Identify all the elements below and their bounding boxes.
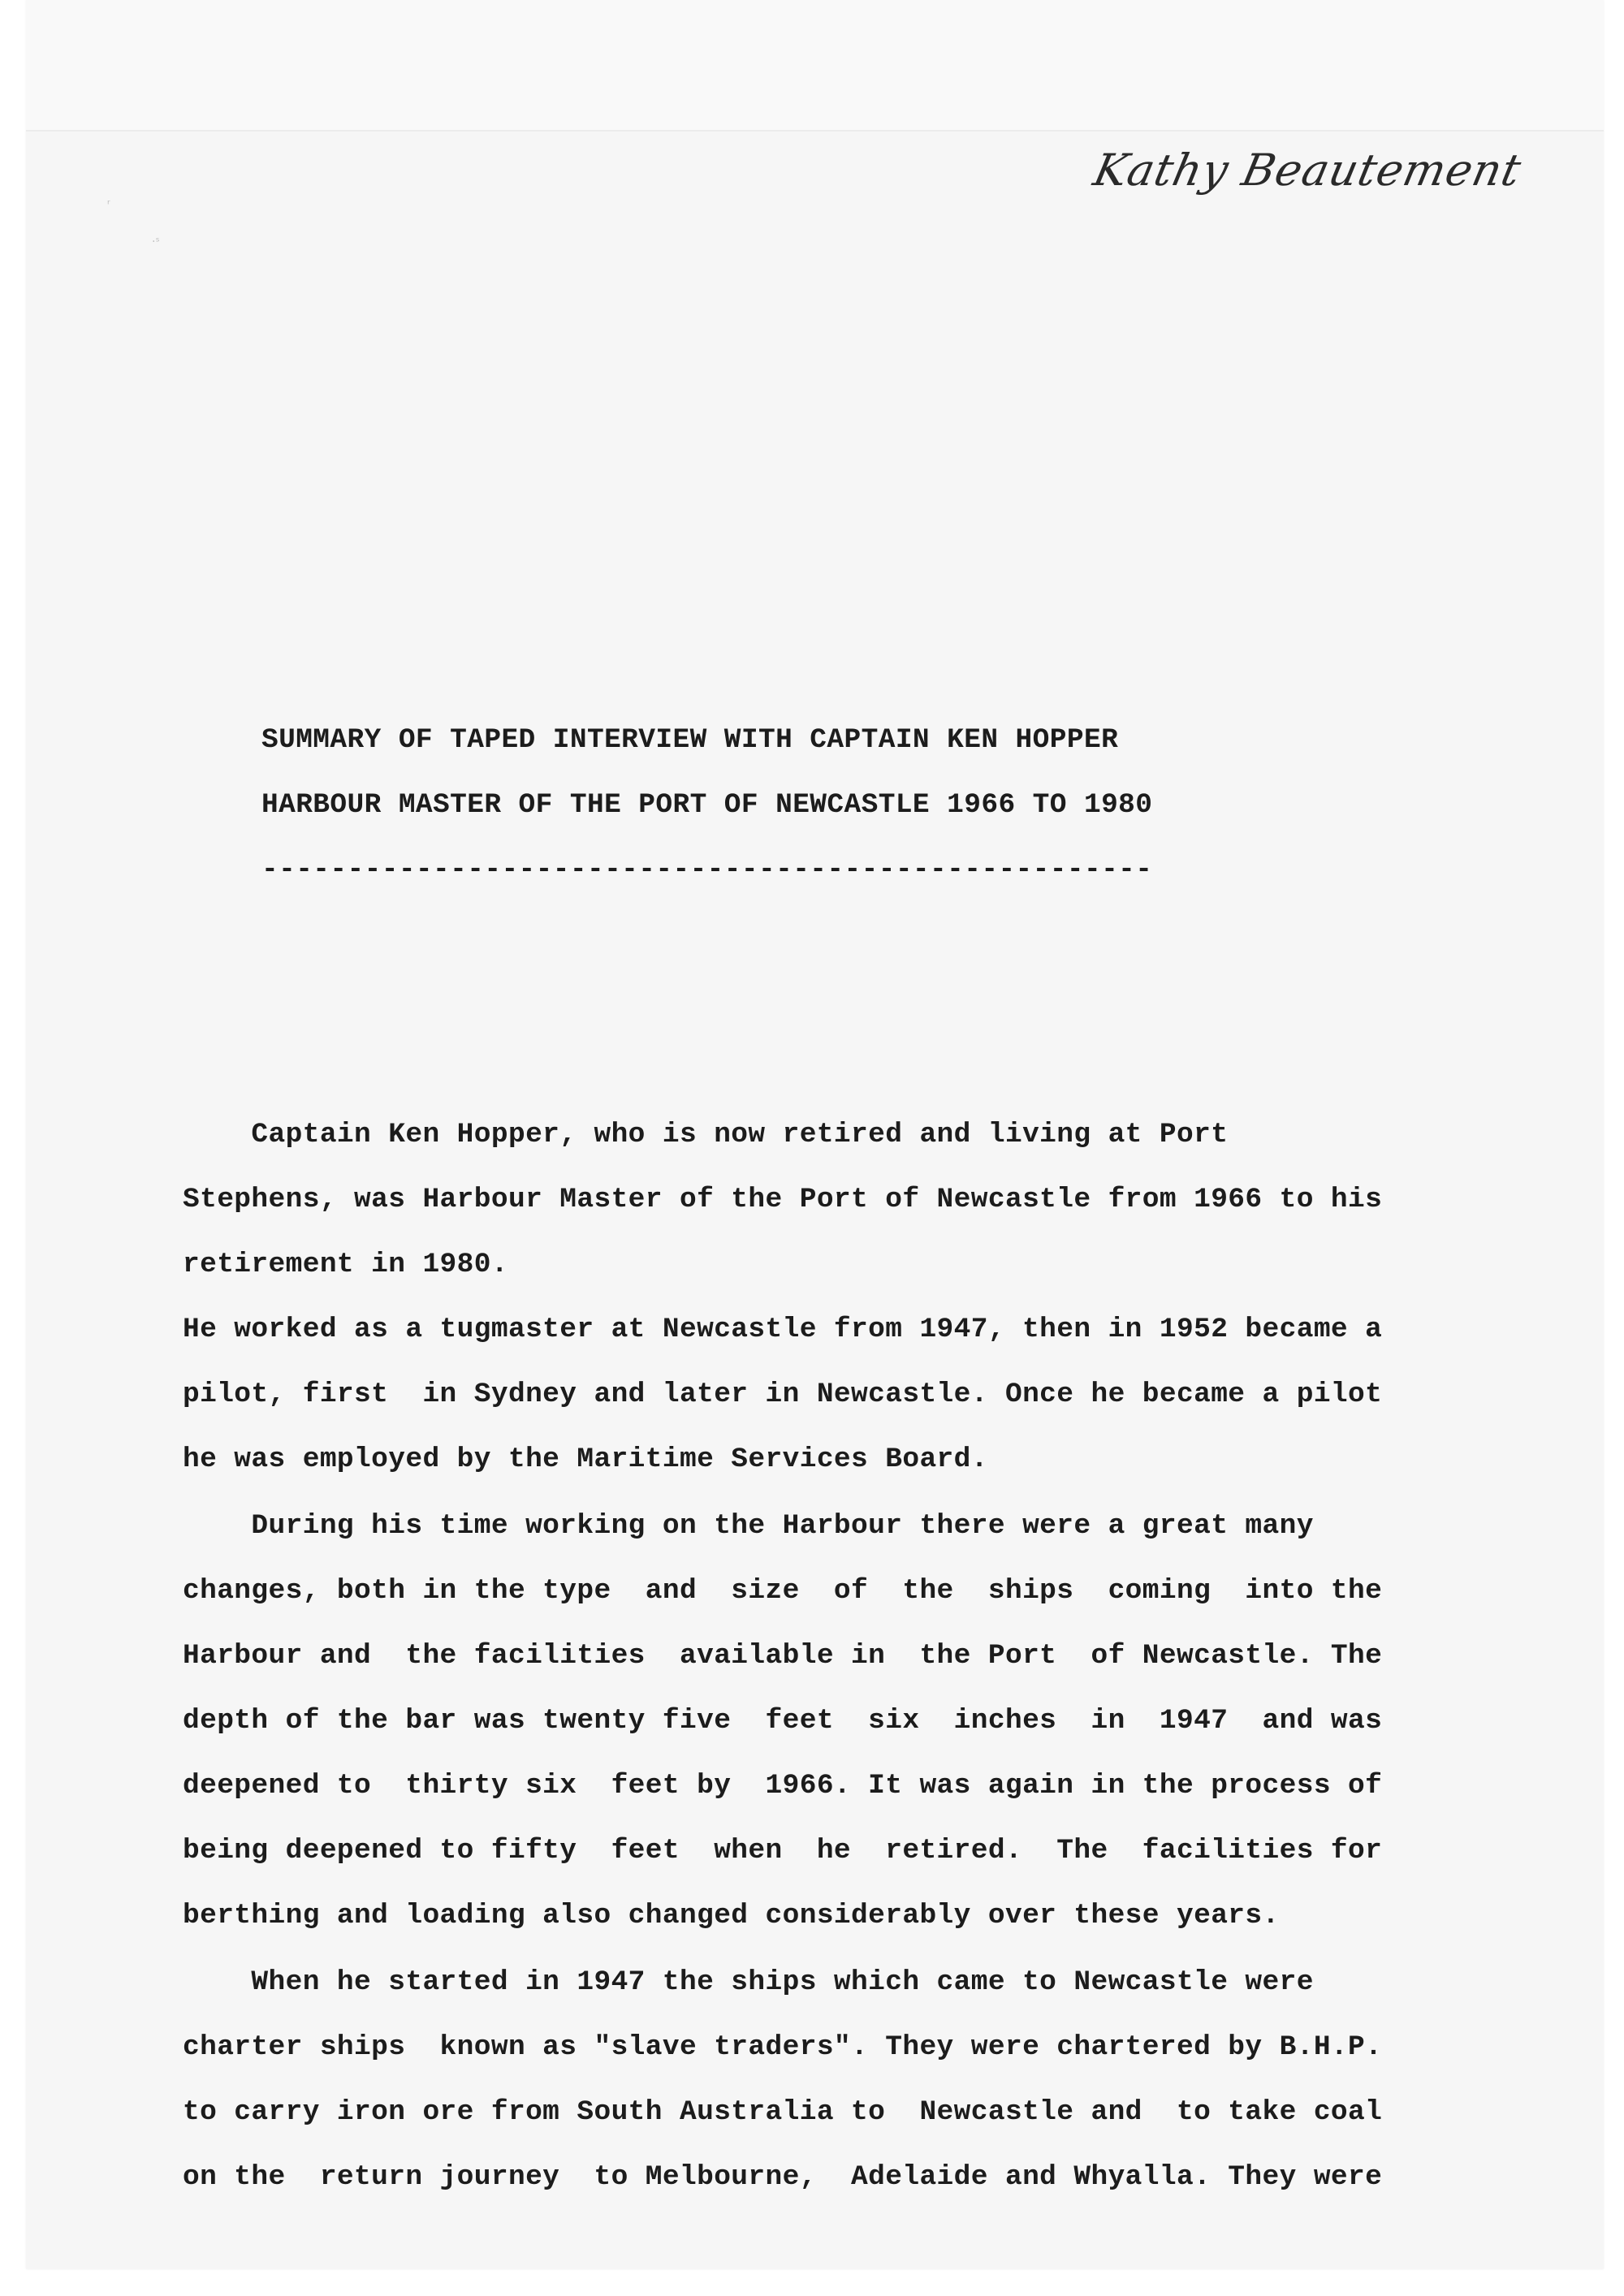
body-text-line: changes, both in the type and size of th… [183, 1575, 1382, 1607]
body-text-line: Captain Ken Hopper, who is now retired a… [183, 1119, 1228, 1150]
body-text-line: Harbour and the facilities available in … [183, 1640, 1382, 1672]
handwritten-signature: Kathy Beautement [1089, 145, 1526, 196]
body-text-line: pilot, first in Sydney and later in Newc… [183, 1379, 1382, 1410]
body-text-line: on the return journey to Melbourne, Adel… [183, 2161, 1382, 2193]
document-title-line-2: HARBOUR MASTER OF THE PORT OF NEWCASTLE … [261, 789, 1152, 821]
body-text-line: When he started in 1947 the ships which … [183, 1966, 1314, 1998]
body-text-line: He worked as a tugmaster at Newcastle fr… [183, 1314, 1382, 1345]
body-text-line: being deepened to fifty feet when he ret… [183, 1835, 1382, 1867]
body-text-line: deepened to thirty six feet by 1966. It … [183, 1770, 1382, 1802]
body-text-line: he was employed by the Maritime Services… [183, 1444, 988, 1475]
document-title-line-1: SUMMARY OF TAPED INTERVIEW WITH CAPTAIN … [261, 724, 1118, 756]
scanned-page: ʳ ·ˢ Kathy Beautement SUMMARY OF TAPED I… [26, 0, 1604, 2269]
title-underline-rule: ----------------------------------------… [261, 854, 1152, 886]
body-text-line: retirement in 1980. [183, 1249, 508, 1280]
body-text-line: charter ships known as "slave traders". … [183, 2031, 1382, 2063]
scan-speck: ·ˢ [152, 235, 160, 248]
scan-speck: ʳ [107, 198, 110, 211]
body-text-line: berthing and loading also changed consid… [183, 1900, 1280, 1931]
body-text-line: to carry iron ore from South Australia t… [183, 2096, 1382, 2128]
body-text-line: During his time working on the Harbour t… [183, 1510, 1314, 1542]
body-text-line: depth of the bar was twenty five feet si… [183, 1705, 1382, 1737]
body-text-line: Stephens, was Harbour Master of the Port… [183, 1184, 1382, 1215]
scan-top-band [26, 0, 1604, 132]
